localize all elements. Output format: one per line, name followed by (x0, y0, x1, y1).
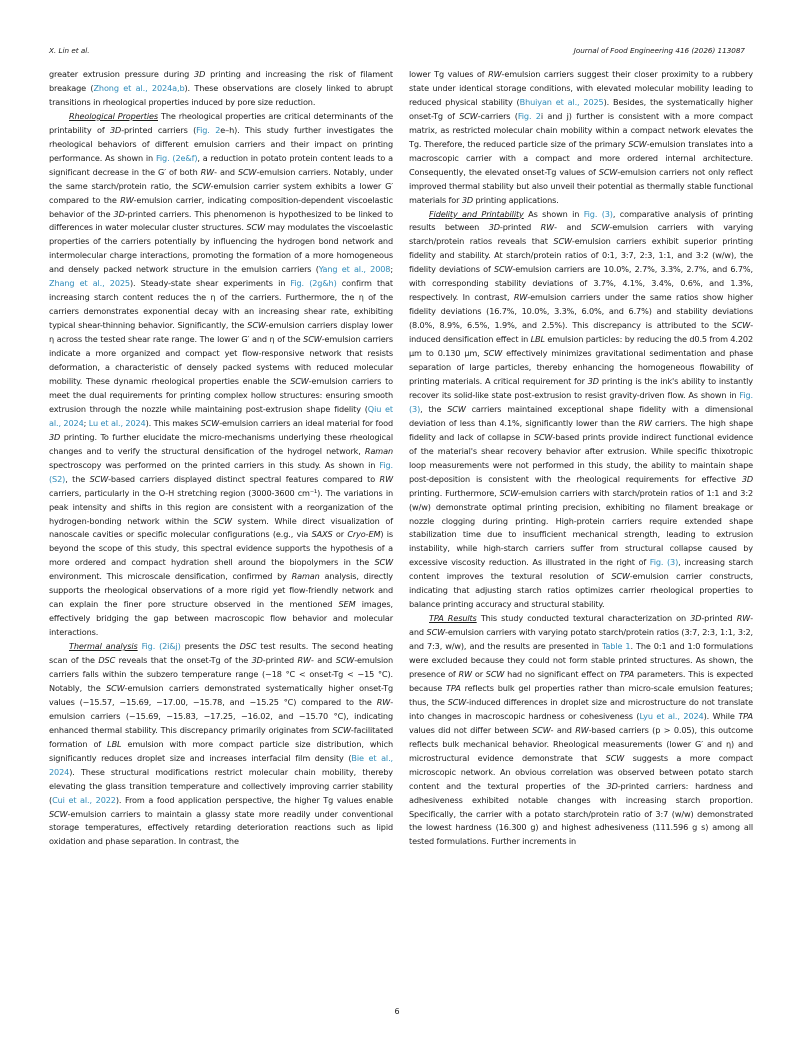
figure-link[interactable]: Fig. 2 (196, 125, 220, 135)
paragraph-continuation: greater extrusion pressure during 3D pri… (49, 68, 393, 110)
citation-link[interactable]: Zhong et al., 2024a,b (93, 83, 184, 93)
figure-link[interactable]: Fig. (2e&f) (156, 153, 197, 163)
section-heading-tpa: TPA Results (429, 613, 477, 623)
paragraph-fidelity-printability: Fidelity and Printability As shown in Fi… (409, 208, 753, 613)
citation-link[interactable]: Yang et al., 2008 (319, 264, 391, 274)
citation-link[interactable]: Zhang et al., 2025 (49, 278, 130, 288)
citation-link[interactable]: Lyu et al., 2024 (639, 711, 703, 721)
right-column: lower Tg values of RW-emulsion carriers … (409, 68, 753, 849)
figure-link[interactable]: Fig. (3) (584, 209, 613, 219)
figure-link[interactable]: Fig. 2 (518, 111, 541, 121)
paragraph-rheological-properties: Rheological Properties The rheological p… (49, 110, 393, 640)
paragraph-thermal-analysis: Thermal analysis Fig. (2i&j) presents th… (49, 640, 393, 849)
section-heading-rheological: Rheological Properties (69, 111, 158, 121)
figure-link[interactable]: Fig. (3) (650, 557, 678, 567)
section-heading-fidelity: Fidelity and Printability (429, 209, 524, 219)
figure-link[interactable]: Fig. (2i&j) (142, 641, 181, 651)
paragraph-tpa-results: TPA Results This study conducted textura… (409, 612, 753, 849)
left-column: greater extrusion pressure during 3D pri… (49, 68, 393, 849)
citation-link[interactable]: Bhuiyan et al., 2025 (520, 97, 604, 107)
header-authors: X. Lin et al. (49, 46, 90, 55)
section-heading-thermal: Thermal analysis (69, 641, 138, 651)
header-journal-citation: Journal of Food Engineering 416 (2026) 1… (574, 46, 745, 55)
page-number: 6 (0, 1007, 794, 1016)
table-link[interactable]: Table 1 (602, 641, 631, 651)
running-header: X. Lin et al. Journal of Food Engineerin… (49, 46, 745, 58)
paragraph-continuation: lower Tg values of RW-emulsion carriers … (409, 68, 753, 208)
citation-link[interactable]: Cui et al., 2022 (52, 795, 116, 805)
figure-link[interactable]: Fig. (2g&h) (290, 278, 336, 288)
citation-link[interactable]: Lu et al., 2024 (89, 418, 146, 428)
